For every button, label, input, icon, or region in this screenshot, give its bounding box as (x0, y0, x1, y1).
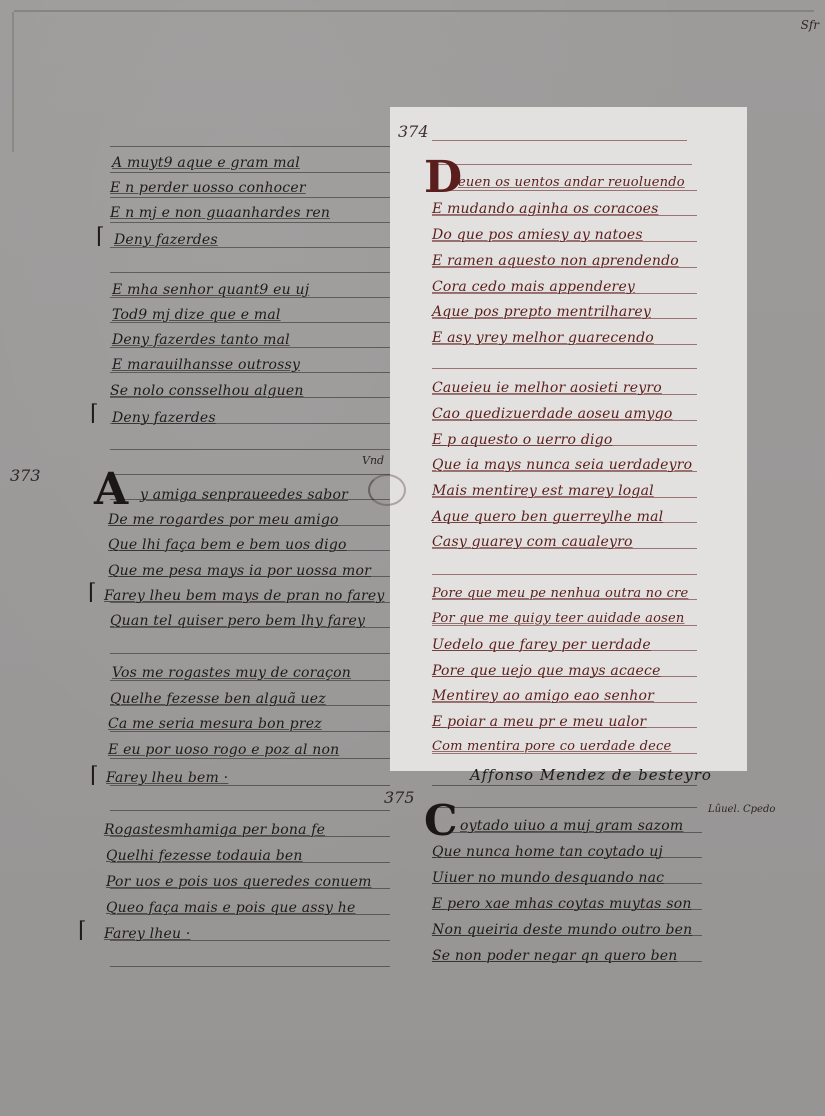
verse-line: Aque pos prepto mentrilharey (432, 304, 651, 320)
poem-number: 374 (398, 122, 429, 141)
verse-line: Uedelo que farey per uerdade (432, 637, 651, 653)
verse-line: E n mj e non guaanhardes ren (110, 205, 330, 221)
refrain-mark-icon: ⌈ (90, 403, 99, 425)
verse-line: Que ia mays nunca seia uerdadeyro (432, 457, 692, 473)
verse-line: Pore que meu pe nenhua outra no cre (432, 586, 688, 601)
verse-line: Tod9 mj dize que e mal (112, 307, 281, 323)
refrain-line: Farey lheu · (104, 926, 191, 942)
marginal-note: Lûuel. Cpedo (708, 804, 775, 815)
verse-line: Que nunca home tan coytado uj (432, 844, 663, 860)
verse-line: Mais mentirey est marey logal (432, 483, 654, 499)
author-attribution: Affonso Mendez de besteyro (470, 766, 712, 784)
refrain-mark-icon: ⌈ (78, 920, 87, 942)
verse-line: Rogastesmhamiga per bona fe (104, 822, 325, 838)
refrain-mark-icon: ⌈ (90, 765, 99, 787)
verse-line: Vos me rogastes muy de coraçon (112, 665, 351, 681)
verse-line: Que lhi faça bem e bem uos digo (108, 537, 347, 553)
refrain-mark-icon: ⌈ (88, 582, 97, 604)
verse-line: E n perder uosso conhocer (110, 180, 306, 196)
verse-line: Pore que uejo que mays acaece (432, 663, 661, 679)
verse-line: Quelhi fezesse todauia ben (106, 848, 303, 864)
verse-line: A muyt9 aque e gram mal (112, 155, 300, 171)
verse-line: Que me pesa mays ia por uossa mor (108, 563, 371, 579)
ink-stain (368, 474, 406, 506)
verse-line: Cora cedo mais appenderey (432, 279, 635, 295)
refrain-line: Farey lheu bem · (106, 770, 228, 786)
refrain-mark-icon: ⌈ (96, 226, 105, 248)
verse-line: E asy yrey melhor guarecendo (432, 330, 654, 346)
verse-line: Quelhe fezesse ben alguã uez (110, 691, 326, 707)
verse-line: Uiuer no mundo desquando nac (432, 870, 664, 886)
corner-note: Sfr (801, 18, 819, 32)
verse-line: y amiga senpraueedes sabor (140, 487, 348, 503)
verse-line: Caueieu ie melhor aosieti reyro (432, 380, 662, 396)
verse-line: Cao quedizuerdade aoseu amygo (432, 406, 672, 422)
page-edge (12, 12, 14, 152)
verse-line: Com mentira pore co uerdade dece (432, 739, 671, 754)
poem-number: 375 (384, 788, 415, 807)
verse-line: Do que pos amiesy ay natoes (432, 227, 643, 243)
verse-line: E p aquesto o uerro digo (432, 432, 612, 448)
verse-line: Mentirey ao amigo eao senhor (432, 688, 654, 704)
verse-line: Se nolo consselhou alguen (110, 383, 304, 399)
verse-line: Queo faça mais e pois que assy he (106, 900, 356, 916)
refrain-line: Quan tel quiser pero bem lhy farey (110, 613, 365, 629)
verse-line: Aque quero ben guerreylhe mal (432, 509, 663, 525)
verse-line: De me rogardes por meu amigo (108, 512, 339, 528)
verse-line: E marauilhansse outrossy (112, 357, 300, 373)
decorated-initial: A (94, 468, 128, 512)
manuscript-page: Sfr A (0, 0, 825, 1116)
verse-line: E mudando aginha os coracoes (432, 201, 658, 217)
verse-line: Deny fazerdes tanto mal (112, 332, 290, 348)
verse-line: E pero xae mhas coytas muytas son (432, 896, 692, 912)
verse-line: oytado uiuo a muj gram sazom (460, 818, 683, 834)
verse-line: E ramen aquesto non aprendendo (432, 253, 679, 269)
decorated-initial: C (424, 800, 457, 842)
refrain-line: Farey lheu bem mays de pran no farey (104, 588, 385, 604)
refrain-line: Deny fazerdes (114, 232, 218, 248)
verse-line: Por que me quigy teer auidade aosen (432, 611, 685, 626)
verse-line: Se non poder negar qn quero ben (432, 948, 678, 964)
verse-line: E poiar a meu pr e meu ualor (432, 714, 646, 730)
verse-line: Por uos e pois uos queredes conuem (106, 874, 372, 890)
refrain-line: Deny fazerdes (112, 410, 216, 426)
verse-line: E mha senhor quant9 eu uj (112, 282, 309, 298)
verse-line: Casy guarey com caualeyro (432, 534, 633, 550)
marginal-note: Vnd (362, 454, 384, 467)
poem-number: 373 (10, 466, 41, 485)
decorated-initial: D (424, 156, 462, 200)
verse-line: euen os uentos andar reuoluendo (458, 175, 685, 190)
page-edge (14, 10, 814, 12)
verse-line: Non queiria deste mundo outro ben (432, 922, 692, 938)
verse-line: E eu por uoso rogo e poz al non (108, 742, 339, 758)
verse-line: Ca me seria mesura bon prez (108, 716, 322, 732)
